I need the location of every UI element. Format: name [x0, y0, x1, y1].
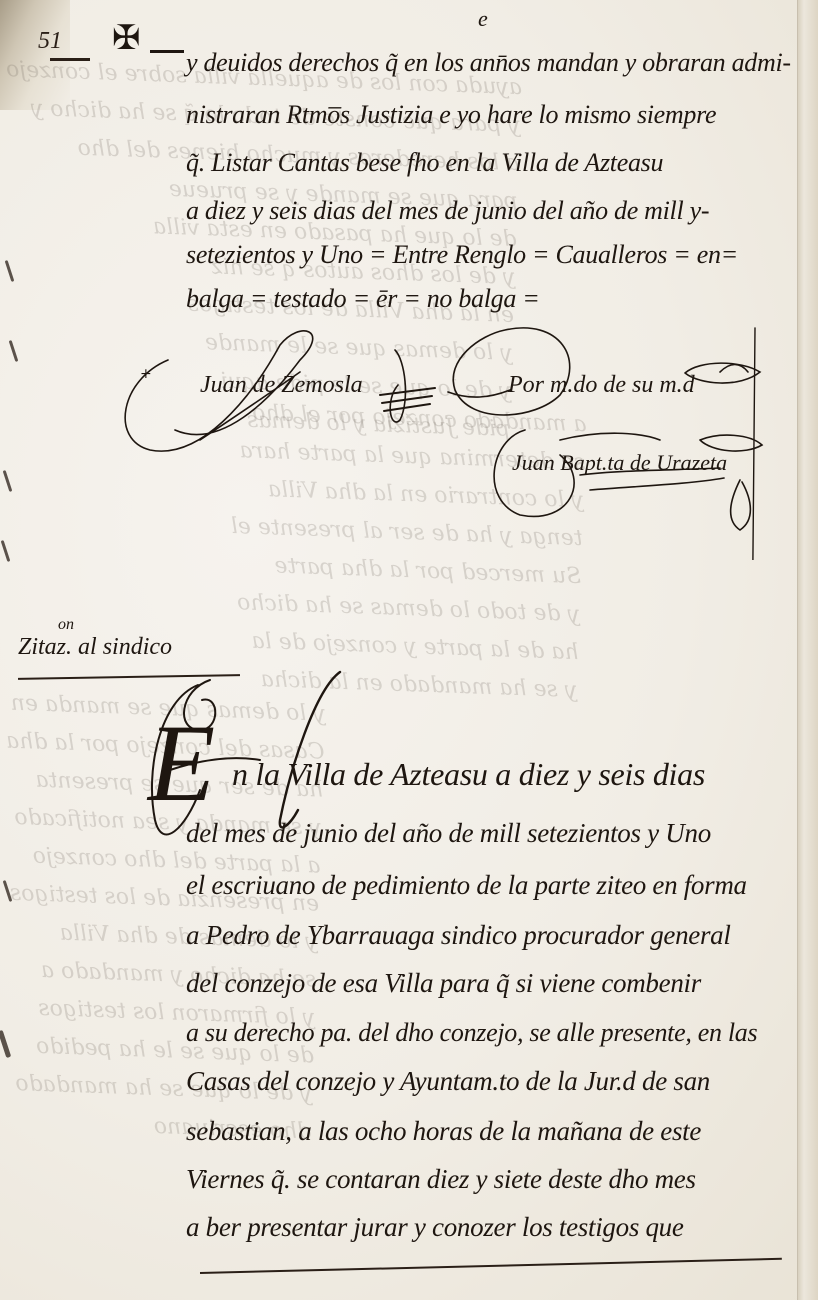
- act-line: n la Villa de Azteasu a diez y seis dias: [232, 756, 705, 793]
- act-line: del mes de junio del año de mill setezie…: [186, 818, 711, 849]
- margin-note: Zitaz. al sindico: [18, 634, 172, 661]
- svg-text:E: E: [146, 702, 215, 824]
- signature-flourishes: +: [0, 0, 818, 560]
- manuscript-page: ayuda con los de aquella villa sobre el …: [0, 0, 818, 1300]
- signature-2: Por m.do de su m.d: [508, 372, 695, 399]
- margin-note-superscript: on: [58, 616, 74, 634]
- end-of-text-rule: [200, 1258, 782, 1274]
- act-line: Casas del conzejo y Ayuntam.to de la Jur…: [186, 1066, 710, 1097]
- act-line: sebastian, a las ocho horas de la mañana…: [186, 1116, 701, 1147]
- act-line: Viernes q̃. se contaran diez y siete des…: [186, 1164, 696, 1195]
- act-line: el escriuano de pedimiento de la parte z…: [186, 870, 747, 901]
- margin-mark: [3, 880, 13, 902]
- margin-mark: [0, 1030, 11, 1058]
- act-line: a Pedro de Ybarrauaga sindico procurador…: [186, 920, 731, 951]
- act-line: del conzejo de esa Villa para q̃ si vien…: [186, 968, 701, 999]
- act-line: a su derecho pa. del dho conzejo, se all…: [186, 1018, 757, 1048]
- svg-text:+: +: [140, 366, 152, 382]
- signature-3: Juan Bapt.ta de Urazeta: [512, 450, 727, 476]
- act-line: a ber presentar jurar y conozer los test…: [186, 1212, 684, 1243]
- signature-1: Juan de Zemosla: [200, 372, 363, 399]
